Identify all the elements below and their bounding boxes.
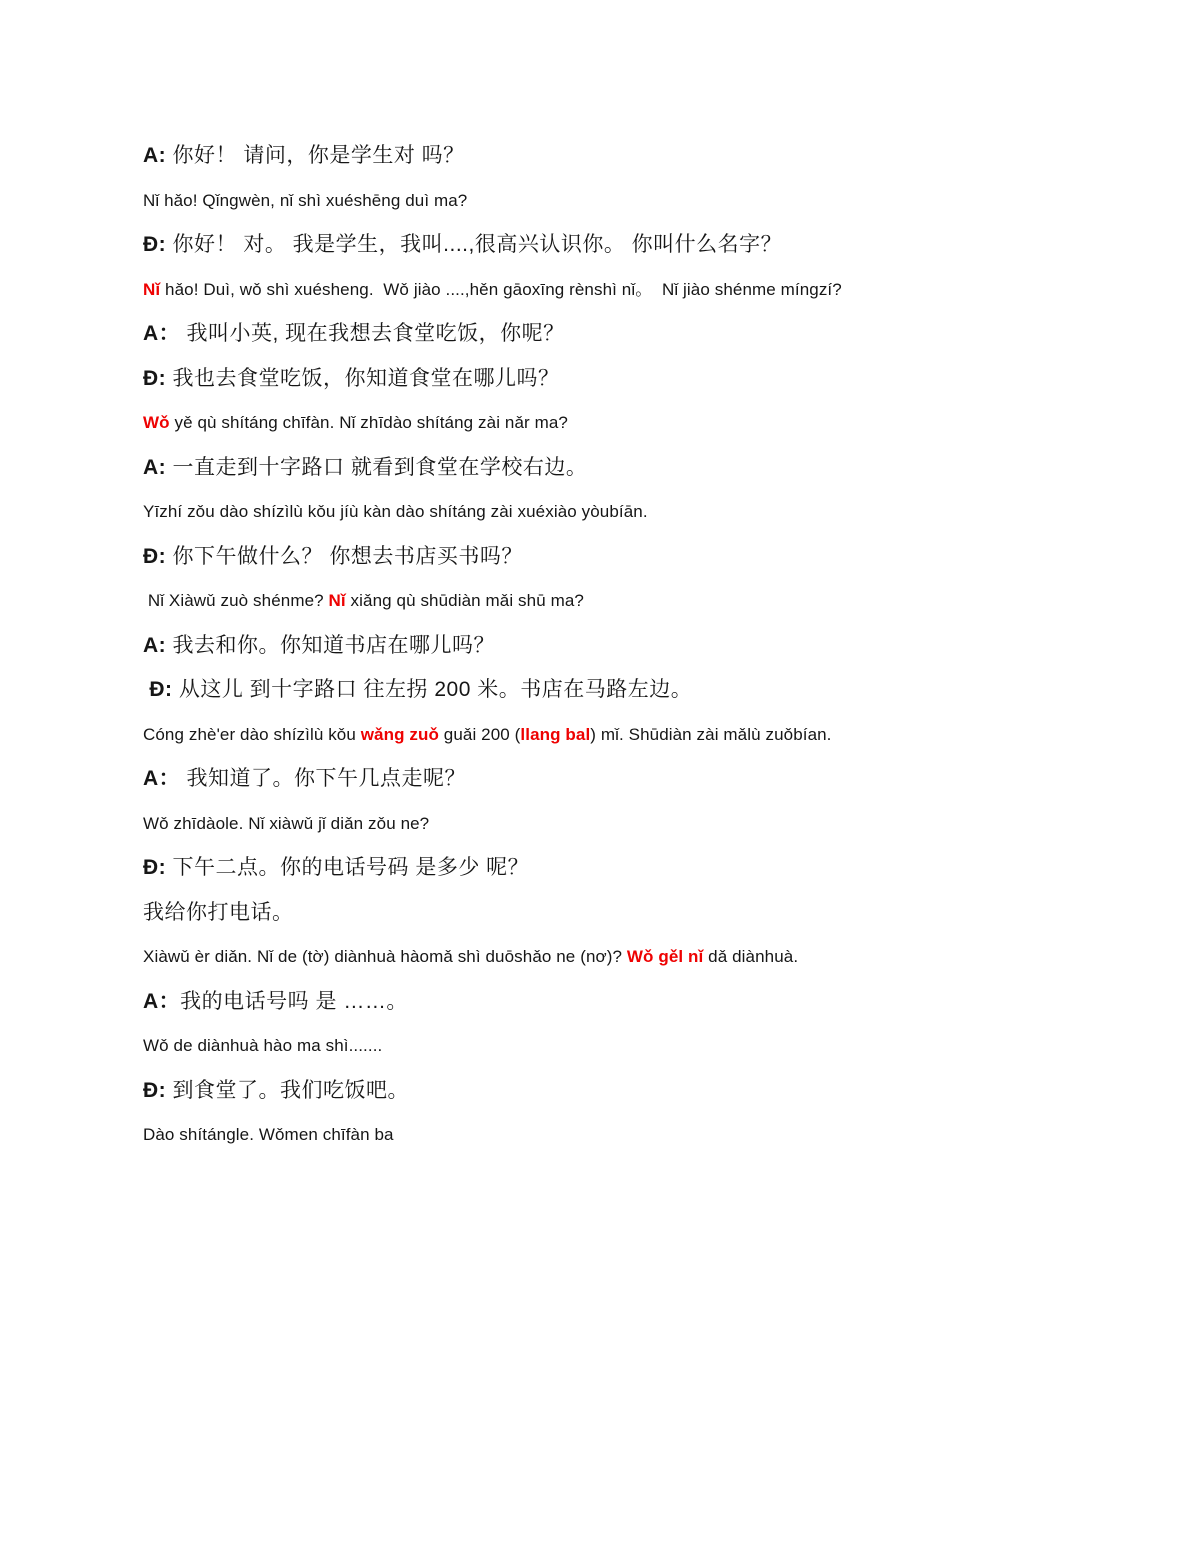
text-segment: 你好！ 请问，你是学生对 吗？ — [166, 144, 465, 167]
text-segment: 你好！ 对。 我是学生，我叫....,很高兴认识你。 你叫什么名字？ — [166, 233, 782, 256]
dialogue-line-pinyin: Cóng zhè'er dào shízìlù kǒu wǎng zuǒ guǎ… — [143, 713, 1083, 758]
highlighted-word: Wǒ — [143, 413, 170, 432]
text-segment: 我去和你。你知道书店在哪儿吗？ — [166, 634, 495, 657]
dialogue-line-hanzi: 我给你打电话。 — [143, 891, 1083, 936]
text-segment: Wǒ de diànhuà hào ma shì....... — [143, 1036, 382, 1055]
text-segment: guǎi 200 ( — [439, 725, 520, 744]
highlighted-word: Wǒ gěl nǐ — [627, 947, 703, 966]
text-segment: ) mǐ. Shūdiàn zài mǎlù zuǒbían. — [590, 725, 831, 744]
speaker-label: Đ: — [143, 856, 166, 879]
dialogue-line-hanzi: A: 你好！ 请问，你是学生对 吗？ — [143, 134, 1083, 179]
speaker-label: A： — [143, 767, 180, 790]
dialogue-line-hanzi: Đ: 我也去食堂吃饭，你知道食堂在哪儿吗？ — [143, 357, 1083, 402]
text-segment: 我给你打电话。 — [143, 901, 294, 924]
speaker-label: Đ: — [143, 367, 166, 390]
text-segment: yě qù shítáng chīfàn. Nǐ zhīdào shítáng … — [170, 413, 568, 432]
dialogue-line-hanzi: A：我的电话号吗 是 ……。 — [143, 980, 1083, 1025]
speaker-label: A: — [143, 634, 166, 657]
text-segment: Nǐ Xiàwǔ zuò shénme? — [143, 591, 329, 610]
dialogue-line-hanzi: Đ: 你好！ 对。 我是学生，我叫....,很高兴认识你。 你叫什么名字？ — [143, 223, 1083, 268]
text-segment: 我叫小英, 现在我想去食堂吃饭，你呢？ — [180, 322, 565, 345]
speaker-label: A： — [143, 990, 180, 1013]
text-segment: Xiàwǔ èr diǎn. Nǐ de (tờ) diànhuà hàomǎ … — [143, 947, 627, 966]
dialogue-line-hanzi: Đ: 从这儿 到十字路口 往左拐 200 米。书店在马路左边。 — [143, 668, 1083, 713]
text-segment: 我也去食堂吃饭，你知道食堂在哪儿吗？ — [166, 367, 559, 390]
text-segment: 我的电话号吗 是 ……。 — [180, 990, 408, 1013]
dialogue-line-hanzi: A: 我去和你。你知道书店在哪儿吗？ — [143, 624, 1083, 669]
dialogue-text-block: A: 你好！ 请问，你是学生对 吗？Nǐ hǎo! Qǐngwèn, nǐ sh… — [143, 134, 1083, 1158]
dialogue-line-pinyin: Nǐ hǎo! Duì, wǒ shì xuésheng. Wǒ jiào ..… — [143, 268, 1083, 313]
dialogue-line-pinyin: Nǐ hǎo! Qǐngwèn, nǐ shì xuéshēng duì ma? — [143, 179, 1083, 224]
highlighted-word: wǎng zuǒ — [361, 725, 439, 744]
dialogue-line-hanzi: Đ: 你下午做什么？ 你想去书店买书吗？ — [143, 535, 1083, 580]
dialogue-line-pinyin: Wǒ yě qù shítáng chīfàn. Nǐ zhīdào shítá… — [143, 401, 1083, 446]
dialogue-line-pinyin: Xiàwǔ èr diǎn. Nǐ de (tờ) diànhuà hàomǎ … — [143, 935, 1083, 980]
dialogue-line-pinyin: Wǒ zhīdàole. Nǐ xiàwǔ jǐ diǎn zǒu ne? — [143, 802, 1083, 847]
dialogue-line-hanzi: Đ: 下午二点。你的电话号码 是多少 呢？ — [143, 846, 1083, 891]
text-segment: Yīzhí zǒu dào shízìlù kǒu jíù kàn dào sh… — [143, 502, 648, 521]
speaker-label: A: — [143, 144, 166, 167]
text-segment: Nǐ hǎo! Qǐngwèn, nǐ shì xuéshēng duì ma? — [143, 191, 467, 210]
dialogue-line-pinyin: Dào shítángle. Wǒmen chīfàn ba — [143, 1113, 1083, 1158]
dialogue-line-hanzi: A： 我知道了。你下午几点走呢？ — [143, 757, 1083, 802]
text-segment: xiǎng qù shūdiàn mǎi shū ma? — [346, 591, 584, 610]
dialogue-line-pinyin: Yīzhí zǒu dào shízìlù kǒu jíù kàn dào sh… — [143, 490, 1083, 535]
speaker-label: A: — [143, 456, 166, 479]
highlighted-word: llang bal — [520, 725, 590, 744]
text-segment: 从这儿 到十字路口 往左拐 200 米。书店在马路左边。 — [173, 678, 693, 701]
text-segment: dǎ diànhuà. — [703, 947, 798, 966]
dialogue-line-hanzi: A: 一直走到十字路口 就看到食堂在学校右边。 — [143, 446, 1083, 491]
speaker-label: Đ: — [143, 233, 166, 256]
speaker-label: Đ: — [143, 678, 173, 701]
text-segment: 到食堂了。我们吃饭吧。 — [166, 1079, 409, 1102]
text-segment: 你下午做什么？ 你想去书店买书吗？ — [166, 545, 523, 568]
speaker-label: Đ: — [143, 1079, 166, 1102]
dialogue-line-pinyin: Wǒ de diànhuà hào ma shì....... — [143, 1024, 1083, 1069]
text-segment: 我知道了。你下午几点走呢？ — [180, 767, 466, 790]
text-segment: Wǒ zhīdàole. Nǐ xiàwǔ jǐ diǎn zǒu ne? — [143, 814, 429, 833]
highlighted-word: Nǐ — [143, 280, 160, 299]
text-segment: 下午二点。你的电话号码 是多少 呢？ — [166, 856, 529, 879]
dialogue-line-pinyin: Nǐ Xiàwǔ zuò shénme? Nǐ xiǎng qù shūdiàn… — [143, 579, 1083, 624]
highlighted-word: Nǐ — [329, 591, 346, 610]
speaker-label: Đ: — [143, 545, 166, 568]
dialogue-line-hanzi: A： 我叫小英, 现在我想去食堂吃饭，你呢？ — [143, 312, 1083, 357]
document-page: A: 你好！ 请问，你是学生对 吗？Nǐ hǎo! Qǐngwèn, nǐ sh… — [0, 0, 1200, 1553]
text-segment: hǎo! Duì, wǒ shì xuésheng. Wǒ jiào ....,… — [160, 280, 842, 299]
dialogue-line-hanzi: Đ: 到食堂了。我们吃饭吧。 — [143, 1069, 1083, 1114]
text-segment: 一直走到十字路口 就看到食堂在学校右边。 — [166, 456, 587, 479]
text-segment: Cóng zhè'er dào shízìlù kǒu — [143, 725, 361, 744]
text-segment: Dào shítángle. Wǒmen chīfàn ba — [143, 1125, 394, 1144]
speaker-label: A： — [143, 322, 180, 345]
